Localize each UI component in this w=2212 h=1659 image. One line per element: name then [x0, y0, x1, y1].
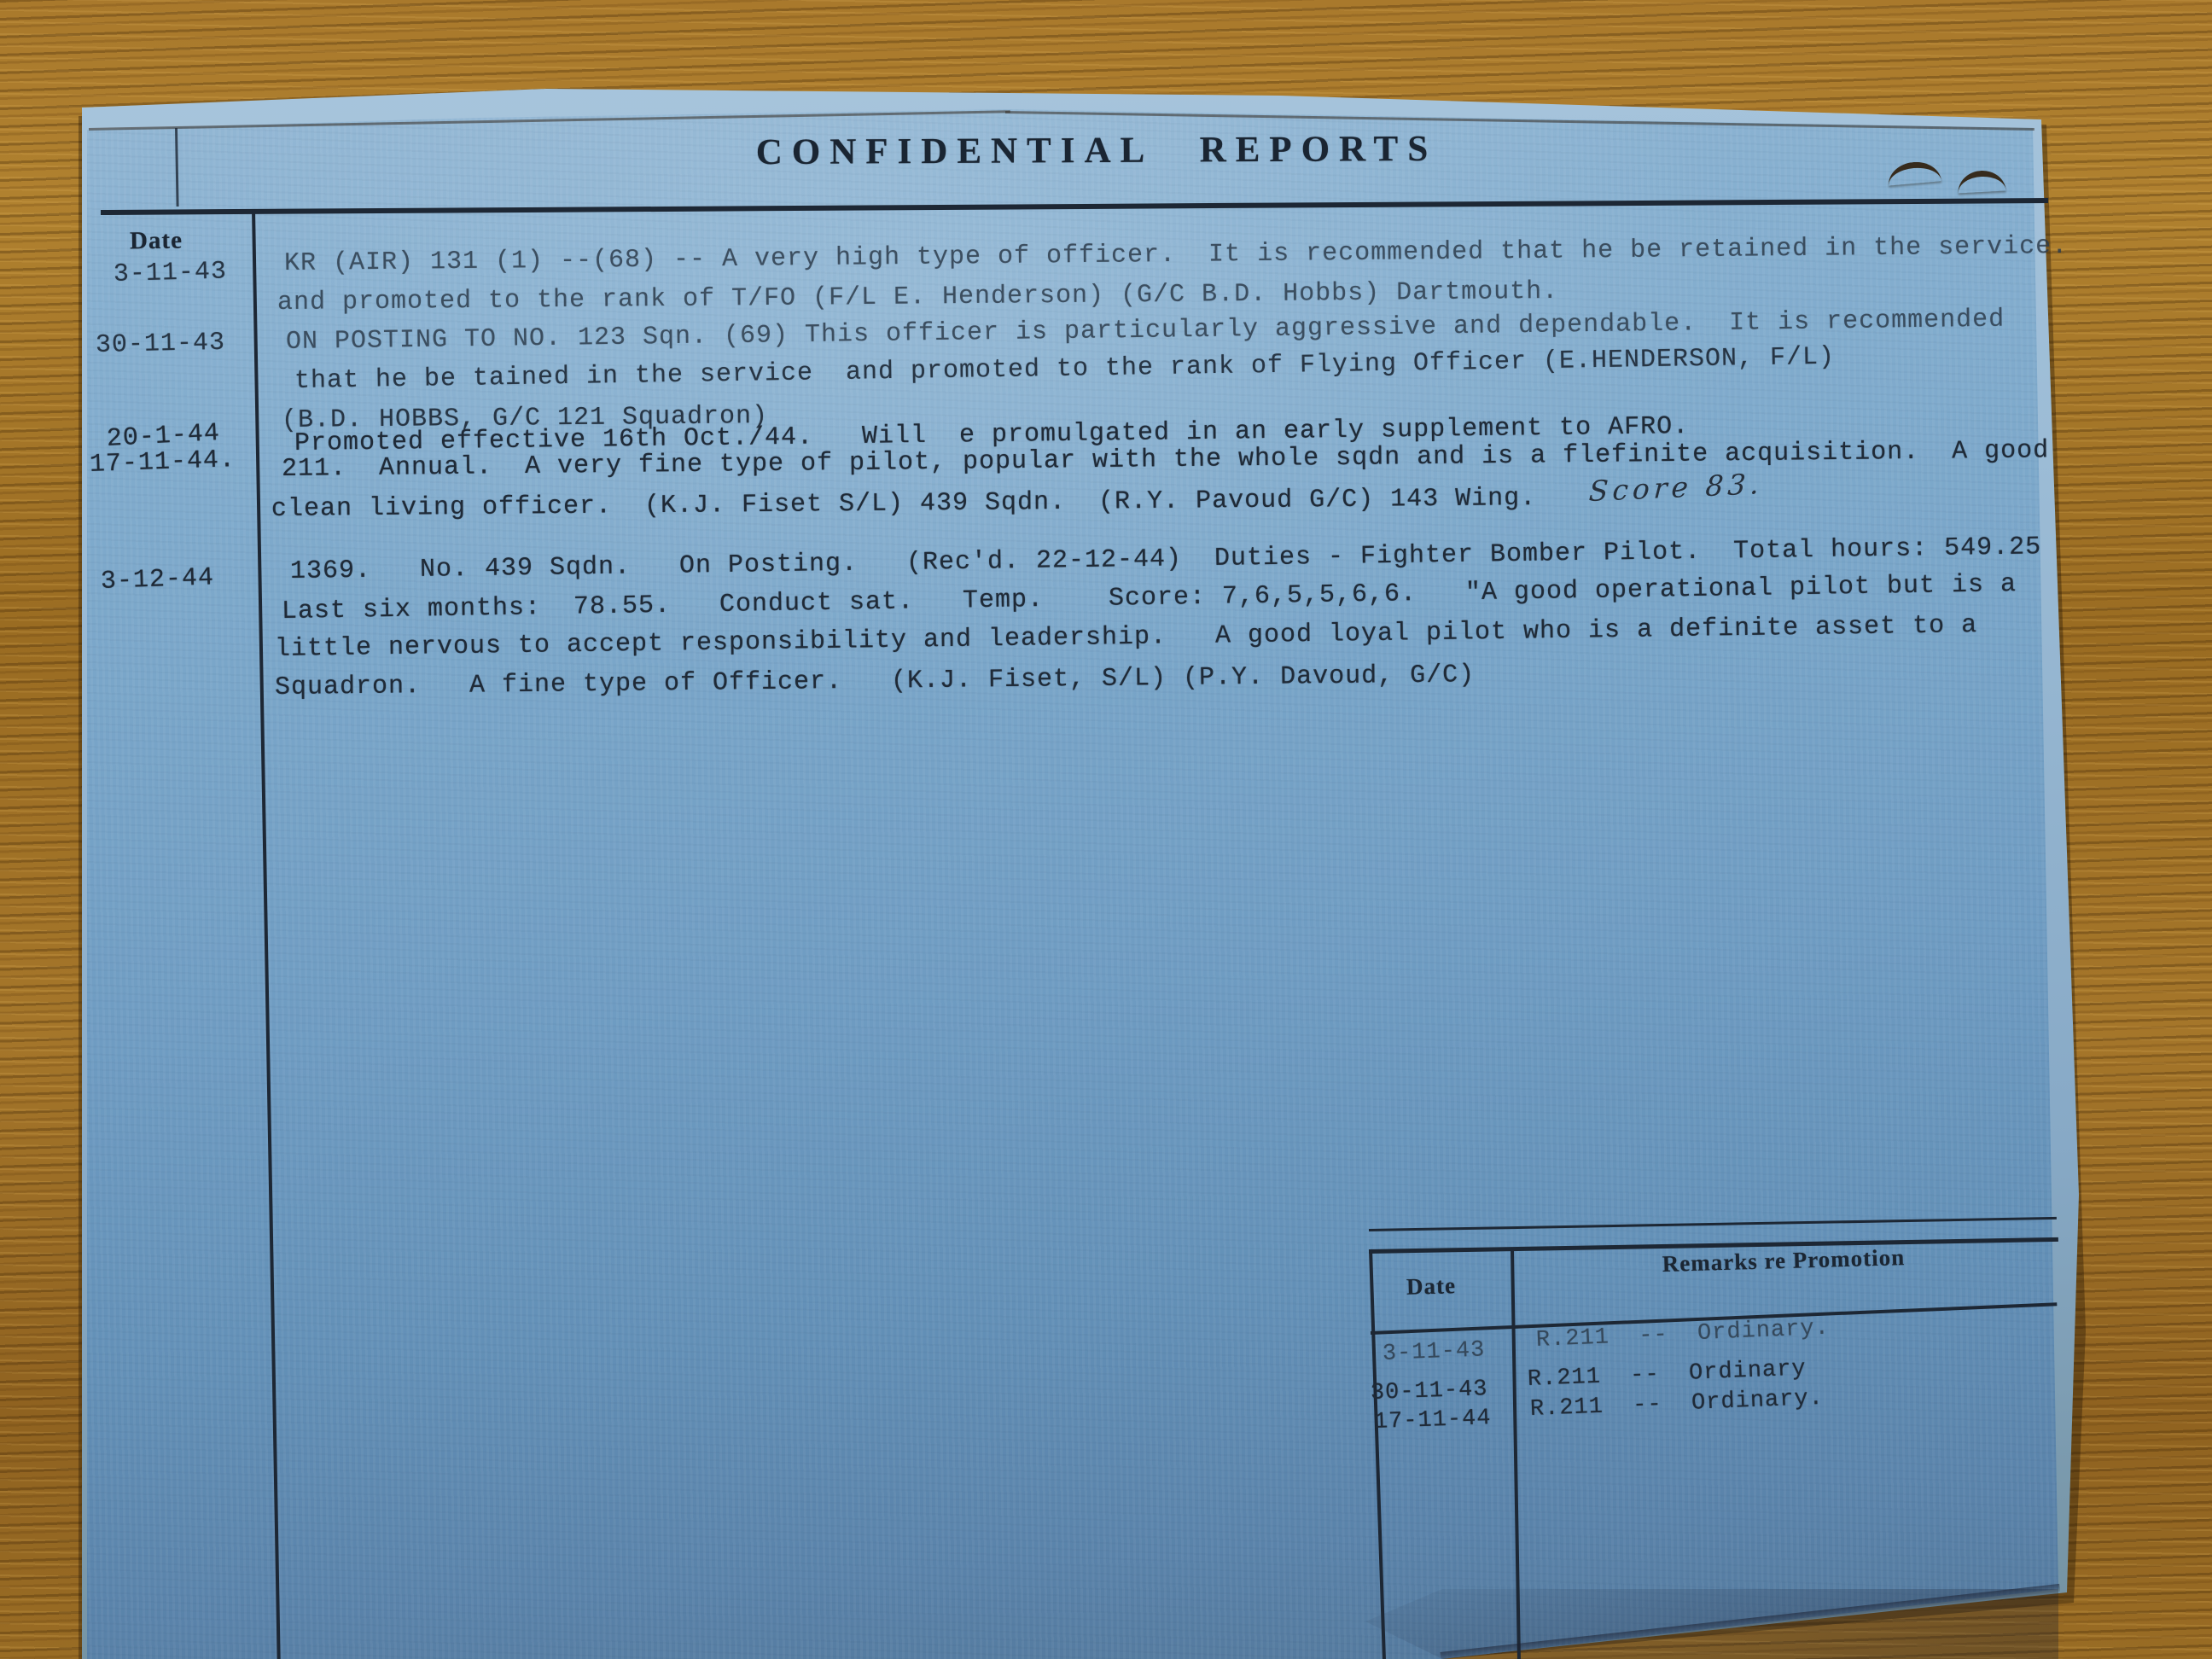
promotion-row-date: 30-11-43 — [1370, 1377, 1488, 1406]
entry-date: 3-12-44 — [100, 563, 214, 597]
promotion-row-date: 17-11-44 — [1373, 1406, 1492, 1435]
date-column-header: Date — [130, 227, 183, 256]
entry-date: 3-11-43 — [114, 258, 228, 289]
entry-date: 30-11-43 — [96, 329, 226, 360]
photo-of-confidential-report: { "document": { "title": "CONFIDENTIAL R… — [0, 0, 2212, 1659]
promotion-row-date: 3-11-43 — [1382, 1337, 1485, 1367]
promotion-table-date-header: Date — [1406, 1272, 1457, 1301]
entry-date: 17-11-44. — [89, 445, 236, 480]
